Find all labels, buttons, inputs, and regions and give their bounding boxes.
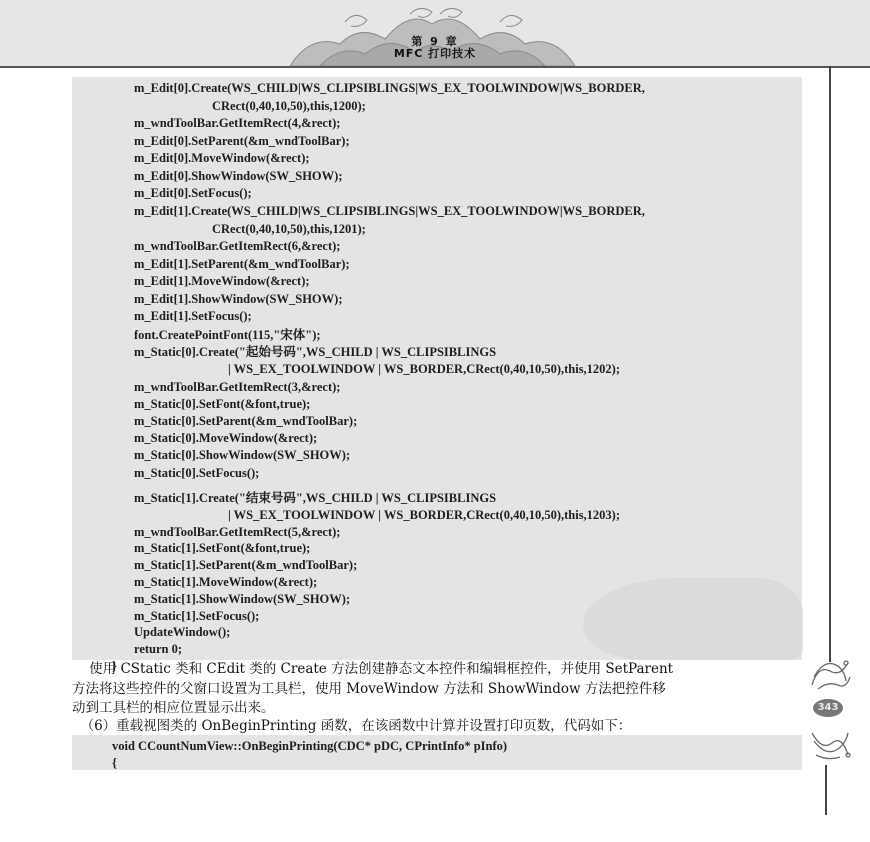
code-line: UpdateWindow(); <box>134 624 230 640</box>
code-line: m_Static[0].SetFocus(); <box>134 465 259 481</box>
page-header: 第 9 章 MFC 打印技术 <box>0 0 870 68</box>
dragon-ornament-icon <box>808 725 852 763</box>
code-line: m_Edit[0].MoveWindow(&rect); <box>134 150 310 166</box>
margin-rule <box>829 66 831 662</box>
code-line: m_Static[1].MoveWindow(&rect); <box>134 574 317 590</box>
code-line: m_Static[1].SetParent(&m_wndToolBar); <box>134 557 357 573</box>
watermark-shape <box>583 578 803 660</box>
code-line: m_Edit[1].Create(WS_CHILD|WS_CLIPSIBLING… <box>134 203 645 219</box>
code-line: | WS_EX_TOOLWINDOW | WS_BORDER,CRect(0,4… <box>228 507 620 523</box>
code-line: m_Edit[1].SetParent(&m_wndToolBar); <box>134 256 350 272</box>
chapter-heading: 第 9 章 MFC 打印技术 <box>0 36 870 60</box>
code-line: m_Static[1].SetFocus(); <box>134 608 259 624</box>
code-line: m_Static[1].SetFont(&font,true); <box>134 540 310 556</box>
code-line: m_Edit[0].ShowWindow(SW_SHOW); <box>134 168 342 184</box>
code-line: m_wndToolBar.GetItemRect(4,&rect); <box>134 115 340 131</box>
code-line: | WS_EX_TOOLWINDOW | WS_BORDER,CRect(0,4… <box>228 361 620 377</box>
page-number: 343 <box>813 699 843 717</box>
margin-rule <box>825 765 827 815</box>
code-line: m_Edit[1].SetFocus(); <box>134 308 252 324</box>
step-heading: （6）重载视图类的 OnBeginPrinting 函数，在该函数中计算并设置打… <box>72 717 631 736</box>
code-line: m_Static[0].SetFont(&font,true); <box>134 396 310 412</box>
code-line: m_Static[0].Create("起始号码",WS_CHILD | WS_… <box>134 344 496 360</box>
code-line: return 0; <box>134 641 182 657</box>
body-text-line: 方法将这些控件的父窗口设置为工具栏，使用 MoveWindow 方法和 Show… <box>72 680 666 699</box>
code-line: m_Edit[0].Create(WS_CHILD|WS_CLIPSIBLING… <box>134 80 645 96</box>
code-line: m_wndToolBar.GetItemRect(6,&rect); <box>134 238 340 254</box>
dragon-ornament-icon <box>808 655 852 693</box>
chapter-title: MFC 打印技术 <box>0 48 870 60</box>
body-text-line: 使用 CStatic 类和 CEdit 类的 Create 方法创建静态文本控件… <box>72 660 673 679</box>
code-line: m_Edit[0].SetFocus(); <box>134 185 252 201</box>
code-line: m_Static[0].ShowWindow(SW_SHOW); <box>134 447 350 463</box>
code-line: { <box>112 755 117 771</box>
code-line: CRect(0,40,10,50),this,1200); <box>212 98 366 114</box>
code-line: m_Edit[1].MoveWindow(&rect); <box>134 273 310 289</box>
code-line: CRect(0,40,10,50),this,1201); <box>212 221 366 237</box>
code-line: void CCountNumView::OnBeginPrinting(CDC*… <box>112 738 507 754</box>
body-text-line: 动到工具栏的相应位置显示出来。 <box>72 699 275 718</box>
code-line: m_wndToolBar.GetItemRect(5,&rect); <box>134 524 340 540</box>
code-line: m_Edit[0].SetParent(&m_wndToolBar); <box>134 133 350 149</box>
code-line: m_Static[1].Create("结束号码",WS_CHILD | WS_… <box>134 490 496 506</box>
code-line: m_Static[0].SetParent(&m_wndToolBar); <box>134 413 357 429</box>
code-line: m_wndToolBar.GetItemRect(3,&rect); <box>134 379 340 395</box>
code-line: m_Static[1].ShowWindow(SW_SHOW); <box>134 591 350 607</box>
code-line: m_Edit[1].ShowWindow(SW_SHOW); <box>134 291 342 307</box>
code-line: m_Static[0].MoveWindow(&rect); <box>134 430 317 446</box>
code-line: font.CreatePointFont(115,"宋体"); <box>134 327 321 343</box>
